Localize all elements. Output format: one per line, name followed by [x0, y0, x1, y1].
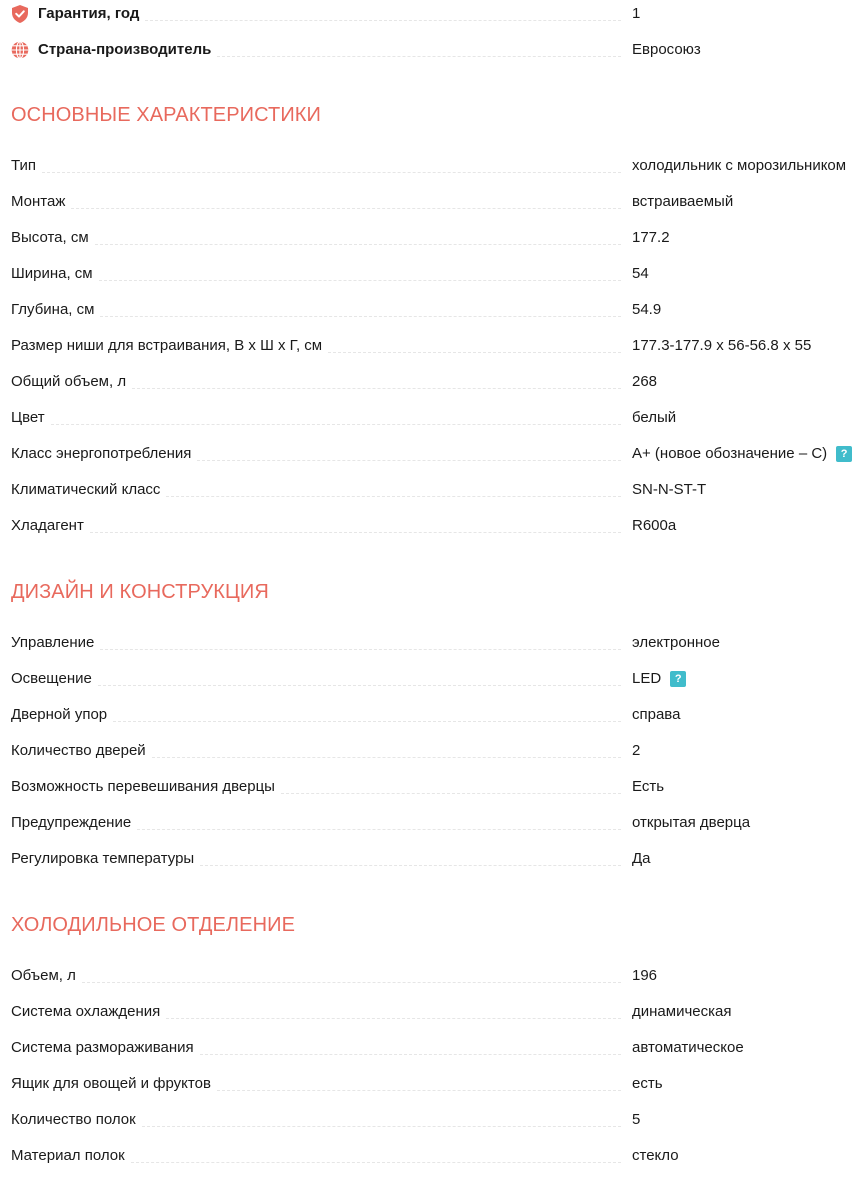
spec-value-text: встраиваемый — [632, 184, 733, 220]
spec-row: Ширина, см54 — [11, 256, 861, 292]
spec-row: Гарантия, год1 — [11, 0, 861, 32]
dotted-leader — [166, 496, 621, 497]
spec-value-text: электронное — [632, 625, 720, 661]
spec-label: Регулировка температуры — [11, 841, 200, 877]
spec-label-wrap: Возможность перевешивания дверцы — [11, 769, 621, 805]
spec-value-text: 5 — [632, 1102, 640, 1138]
section-title: ДИЗАЙН И КОНСТРУКЦИЯ — [11, 581, 269, 604]
spec-row: Система охлаждениядинамическая — [11, 994, 861, 1030]
spec-row: Высота, см177.2 — [11, 220, 861, 256]
spec-label-wrap: Цвет — [11, 400, 621, 436]
help-icon[interactable]: ? — [836, 446, 852, 462]
spec-row: Материал полокстекло — [11, 1138, 861, 1174]
spec-value: 5 — [632, 1102, 640, 1138]
spec-value-text: есть — [632, 1066, 663, 1102]
spec-label-wrap: Дверной упор — [11, 697, 621, 733]
section-title: ХОЛОДИЛЬНОЕ ОТДЕЛЕНИЕ — [11, 914, 295, 937]
spec-label-wrap: Размер ниши для встраивания, В х Ш х Г, … — [11, 328, 621, 364]
spec-row: Количество полок5 — [11, 1102, 861, 1138]
spec-value-text: 177.2 — [632, 220, 670, 256]
spec-row: Система размораживанияавтоматическое — [11, 1030, 861, 1066]
spec-value: электронное — [632, 625, 720, 661]
dotted-leader — [132, 388, 621, 389]
spec-label: Возможность перевешивания дверцы — [11, 769, 281, 805]
dotted-leader — [100, 649, 621, 650]
spec-label: Гарантия, год — [38, 0, 145, 32]
spec-row: Глубина, см54.9 — [11, 292, 861, 328]
spec-label: Материал полок — [11, 1138, 131, 1174]
spec-label-wrap: Количество дверей — [11, 733, 621, 769]
spec-label: Система размораживания — [11, 1030, 200, 1066]
shield-check-icon — [11, 5, 29, 23]
dotted-leader — [99, 280, 621, 281]
dotted-leader — [51, 424, 621, 425]
spec-label-wrap: Климатический класс — [11, 472, 621, 508]
spec-value-text: холодильник с морозильником — [632, 148, 846, 184]
spec-row: Дверной упорсправа — [11, 697, 861, 733]
globe-icon — [11, 41, 29, 59]
spec-label: Система охлаждения — [11, 994, 166, 1030]
spec-value: 196 — [632, 958, 657, 994]
spec-row: Управлениеэлектронное — [11, 625, 861, 661]
spec-value: открытая дверца — [632, 805, 750, 841]
dotted-leader — [95, 244, 621, 245]
spec-value: автоматическое — [632, 1030, 744, 1066]
spec-label: Тип — [11, 148, 42, 184]
spec-value: Евросоюз — [632, 32, 701, 68]
dotted-leader — [328, 352, 621, 353]
spec-value: встраиваемый — [632, 184, 733, 220]
spec-value: 54.9 — [632, 292, 661, 328]
dotted-leader — [100, 316, 621, 317]
spec-label-wrap: Гарантия, год — [11, 0, 621, 32]
spec-label-wrap: Глубина, см — [11, 292, 621, 328]
spec-label: Глубина, см — [11, 292, 100, 328]
dotted-leader — [137, 829, 621, 830]
spec-row: Размер ниши для встраивания, В х Ш х Г, … — [11, 328, 861, 364]
spec-value-text: Есть — [632, 769, 664, 805]
spec-label-wrap: Система охлаждения — [11, 994, 621, 1030]
spec-value: динамическая — [632, 994, 731, 1030]
spec-value: R600a — [632, 508, 676, 544]
spec-label-wrap: Материал полок — [11, 1138, 621, 1174]
spec-label: Высота, см — [11, 220, 95, 256]
spec-row: Класс энергопотребленияA+ (новое обознач… — [11, 436, 861, 472]
dotted-leader — [82, 982, 621, 983]
spec-value: холодильник с морозильником — [632, 148, 846, 184]
spec-value-text: 2 — [632, 733, 640, 769]
spec-label-wrap: Объем, л — [11, 958, 621, 994]
spec-label: Общий объем, л — [11, 364, 132, 400]
spec-label-wrap: Страна-производитель — [11, 32, 621, 68]
spec-label: Класс энергопотребления — [11, 436, 197, 472]
spec-value: SN-N-ST-T — [632, 472, 706, 508]
spec-value: 2 — [632, 733, 640, 769]
spec-value-text: Евросоюз — [632, 32, 701, 68]
spec-value-text: 54 — [632, 256, 649, 292]
spec-value-text: 177.3-177.9 x 56-56.8 x 55 — [632, 328, 811, 364]
spec-row: Монтажвстраиваемый — [11, 184, 861, 220]
spec-label-wrap: Управление — [11, 625, 621, 661]
spec-label-wrap: Количество полок — [11, 1102, 621, 1138]
dotted-leader — [217, 56, 621, 57]
spec-label-wrap: Класс энергопотребления — [11, 436, 621, 472]
dotted-leader — [131, 1162, 621, 1163]
spec-value-text: открытая дверца — [632, 805, 750, 841]
spec-label: Цвет — [11, 400, 51, 436]
spec-label: Хладагент — [11, 508, 90, 544]
spec-label-wrap: Монтаж — [11, 184, 621, 220]
section-title: ОСНОВНЫЕ ХАРАКТЕРИСТИКИ — [11, 104, 321, 127]
spec-label: Климатический класс — [11, 472, 166, 508]
spec-label-wrap: Регулировка температуры — [11, 841, 621, 877]
spec-label: Ящик для овощей и фруктов — [11, 1066, 217, 1102]
spec-row: ОсвещениеLED? — [11, 661, 861, 697]
spec-label-wrap: Высота, см — [11, 220, 621, 256]
spec-value-text: стекло — [632, 1138, 679, 1174]
spec-label-wrap: Освещение — [11, 661, 621, 697]
spec-value: A+ (новое обозначение – C)? — [632, 436, 852, 472]
spec-row: Типхолодильник с морозильником — [11, 148, 861, 184]
dotted-leader — [200, 865, 621, 866]
spec-value-text: динамическая — [632, 994, 731, 1030]
dotted-leader — [281, 793, 621, 794]
dotted-leader — [98, 685, 621, 686]
spec-label: Дверной упор — [11, 697, 113, 733]
spec-row: Климатический классSN-N-ST-T — [11, 472, 861, 508]
spec-value-text: белый — [632, 400, 676, 436]
spec-row: Объем, л196 — [11, 958, 861, 994]
dotted-leader — [90, 532, 621, 533]
spec-value-text: 54.9 — [632, 292, 661, 328]
spec-label-wrap: Тип — [11, 148, 621, 184]
spec-value-text: 268 — [632, 364, 657, 400]
spec-row: Ящик для овощей и фруктовесть — [11, 1066, 861, 1102]
spec-value-text: Да — [632, 841, 651, 877]
spec-row: ХладагентR600a — [11, 508, 861, 544]
spec-label: Страна-производитель — [38, 32, 217, 68]
spec-value: Есть — [632, 769, 664, 805]
spec-label: Объем, л — [11, 958, 82, 994]
dotted-leader — [113, 721, 621, 722]
spec-row: Регулировка температурыДа — [11, 841, 861, 877]
spec-label-wrap: Общий объем, л — [11, 364, 621, 400]
spec-value-text: R600a — [632, 508, 676, 544]
spec-value: LED? — [632, 661, 686, 697]
spec-value: есть — [632, 1066, 663, 1102]
spec-row: Количество дверей2 — [11, 733, 861, 769]
spec-value-text: SN-N-ST-T — [632, 472, 706, 508]
spec-label: Управление — [11, 625, 100, 661]
dotted-leader — [166, 1018, 621, 1019]
spec-value: Да — [632, 841, 651, 877]
spec-label: Количество полок — [11, 1102, 142, 1138]
dotted-leader — [217, 1090, 621, 1091]
spec-label: Размер ниши для встраивания, В х Ш х Г, … — [11, 328, 328, 364]
spec-label: Освещение — [11, 661, 98, 697]
spec-value-text: справа — [632, 697, 680, 733]
spec-row: Цветбелый — [11, 400, 861, 436]
spec-value: справа — [632, 697, 680, 733]
dotted-leader — [42, 172, 621, 173]
dotted-leader — [71, 208, 621, 209]
spec-value: белый — [632, 400, 676, 436]
spec-label: Монтаж — [11, 184, 71, 220]
dotted-leader — [197, 460, 621, 461]
spec-value-text: 1 — [632, 0, 640, 32]
spec-value-text: автоматическое — [632, 1030, 744, 1066]
dotted-leader — [145, 20, 621, 21]
spec-value: 177.2 — [632, 220, 670, 256]
spec-value-text: 196 — [632, 958, 657, 994]
spec-row: Общий объем, л268 — [11, 364, 861, 400]
spec-label: Количество дверей — [11, 733, 152, 769]
spec-label: Ширина, см — [11, 256, 99, 292]
spec-row: Страна-производительЕвросоюз — [11, 32, 861, 68]
spec-value-text: LED — [632, 661, 661, 697]
spec-label-wrap: Система размораживания — [11, 1030, 621, 1066]
spec-label-wrap: Предупреждение — [11, 805, 621, 841]
spec-value: 177.3-177.9 x 56-56.8 x 55 — [632, 328, 811, 364]
spec-value: стекло — [632, 1138, 679, 1174]
spec-label-wrap: Хладагент — [11, 508, 621, 544]
spec-value: 54 — [632, 256, 649, 292]
spec-value: 1 — [632, 0, 640, 32]
dotted-leader — [152, 757, 621, 758]
spec-value-text: A+ (новое обозначение – C) — [632, 436, 827, 472]
spec-label-wrap: Ящик для овощей и фруктов — [11, 1066, 621, 1102]
help-icon[interactable]: ? — [670, 671, 686, 687]
spec-row: Возможность перевешивания дверцыЕсть — [11, 769, 861, 805]
dotted-leader — [200, 1054, 621, 1055]
spec-label: Предупреждение — [11, 805, 137, 841]
dotted-leader — [142, 1126, 621, 1127]
spec-row: Предупреждениеоткрытая дверца — [11, 805, 861, 841]
spec-value: 268 — [632, 364, 657, 400]
spec-label-wrap: Ширина, см — [11, 256, 621, 292]
